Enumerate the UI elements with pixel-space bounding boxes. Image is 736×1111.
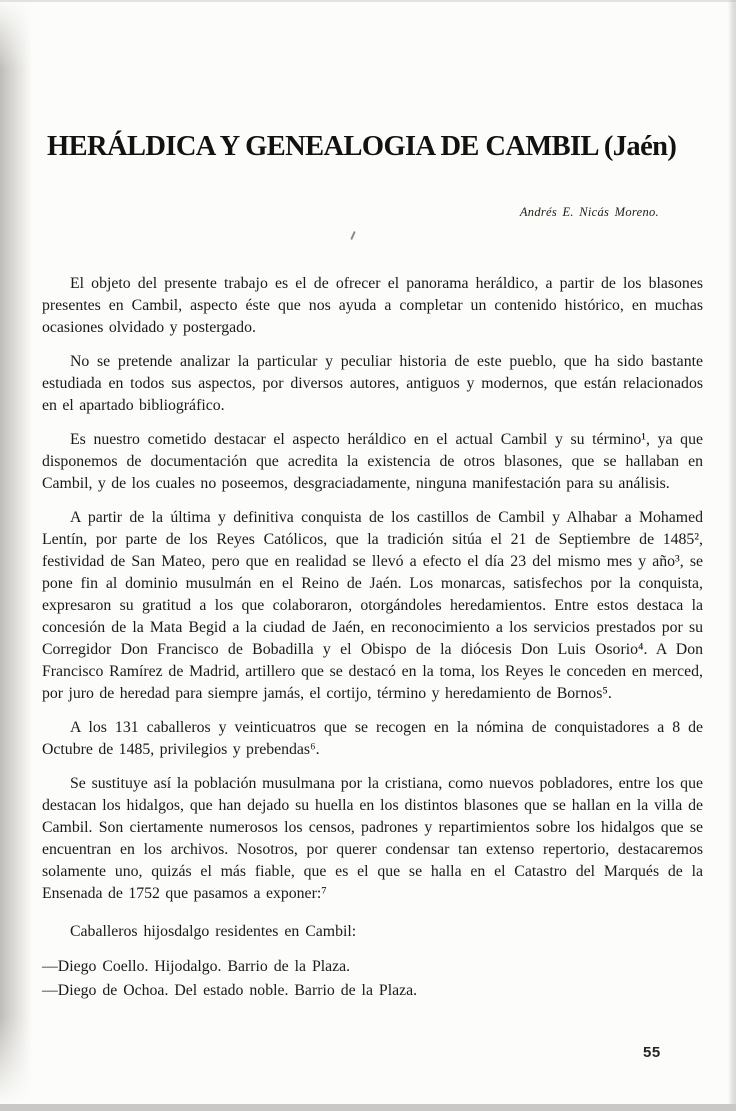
paragraph: El objeto del presente trabajo es el de …	[42, 273, 703, 339]
paragraph: Se sustituye así la población musulmana …	[42, 773, 703, 905]
page-number: 55	[643, 1044, 661, 1061]
scanned-document-page: HERÁLDICA Y GENEALOGIA DE CAMBIL (Jaén) …	[0, 0, 736, 1111]
list-intro: Caballeros hijosdalgo residentes en Camb…	[42, 921, 703, 943]
paragraph: No se pretende analizar la particular y …	[42, 351, 703, 417]
paragraph: A partir de la última y definitiva conqu…	[42, 507, 703, 705]
list-item: —Diego de Ochoa. Del estado noble. Barri…	[42, 979, 703, 1003]
paragraph: Es nuestro cometido destacar el aspecto …	[42, 429, 703, 495]
paragraph: A los 131 caballeros y veinticuatros que…	[42, 717, 703, 761]
page-edge-bottom	[0, 1104, 736, 1111]
page-content: HERÁLDICA Y GENEALOGIA DE CAMBIL (Jaén) …	[0, 0, 736, 1003]
author-byline: Andrés E. Nicás Moreno.	[42, 205, 703, 220]
article-title: HERÁLDICA Y GENEALOGIA DE CAMBIL (Jaén)	[42, 131, 703, 163]
list-item: —Diego Coello. Hijodalgo. Barrio de la P…	[42, 955, 703, 979]
